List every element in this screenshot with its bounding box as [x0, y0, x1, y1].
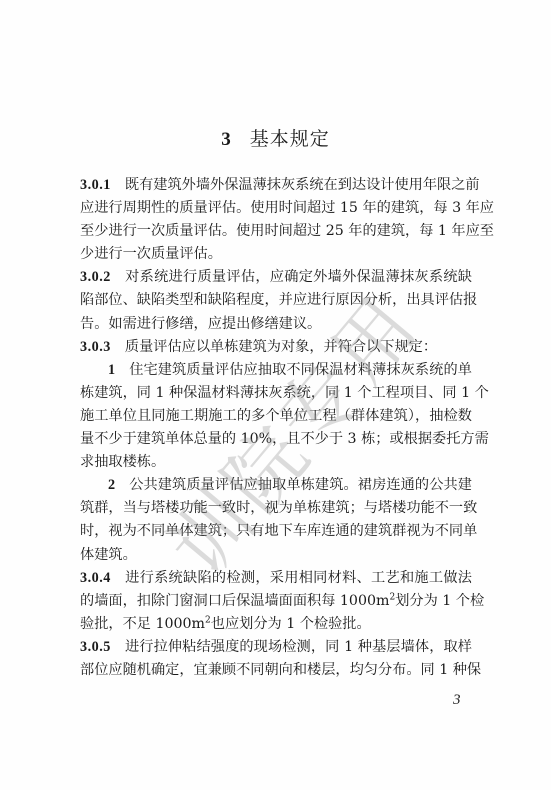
chapter-number: 3: [221, 129, 232, 150]
item-1-line-3: 施工单位且同施工期施工的多个单位工程（群体建筑），抽检数: [80, 405, 472, 428]
item-1-line-2: 栋建筑，同 1 种保温材料薄抹灰系统，同 1 个工程项目、同 1 个: [80, 382, 472, 405]
clause-3-0-2-line-3: 告。如需进行修缮，应提出修缮建议。: [80, 313, 472, 336]
clause-number: 3.0.5: [80, 639, 111, 655]
clause-3-0-5-line-2: 部位应随机确定，宜兼顾不同朝向和楼层，均匀分布。同 1 种保: [80, 659, 472, 682]
clause-3-0-1-line-3: 至少进行一次质量评估。使用时间超过 25 年的建筑，每 1 年应至: [80, 220, 472, 243]
clause-3-0-3-line-1: 3.0.3质量评估应以单栋建筑为对象，并符合以下规定：: [80, 336, 472, 359]
chapter-title-text: 基本规定: [250, 128, 330, 150]
clause-3-0-4-line-3: 验批，不足 1000m2也应划分为 1 个检验批。: [80, 613, 472, 636]
clause-number: 3.0.3: [80, 339, 111, 355]
item-2-line-4: 体建筑。: [80, 544, 472, 567]
item-number: 1: [108, 362, 115, 378]
clause-3-0-2-line-2: 陷部位、缺陷类型和缺陷程度，并应进行原因分析，出具评估报: [80, 289, 472, 312]
item-number: 2: [108, 477, 115, 493]
chapter-title: 3基本规定: [0, 124, 551, 151]
clause-number: 3.0.2: [80, 269, 111, 285]
clause-3-0-1-line-1: 3.0.1既有建筑外墙外保温薄抹灰系统在到达设计使用年限之前: [80, 174, 472, 197]
clause-number: 3.0.4: [80, 570, 111, 586]
item-2-line-3: 时，视为不同单体建筑；只有地下车库连通的建筑群视为不同单: [80, 520, 472, 543]
clause-3-0-1-line-4: 少进行一次质量评估。: [80, 243, 472, 266]
document-page: 3基本规定 3.0.1既有建筑外墙外保温薄抹灰系统在到达设计使用年限之前 应进行…: [0, 0, 551, 790]
item-1-line-1: 1住宅建筑质量评估应抽取不同保温材料薄抹灰系统的单: [80, 359, 472, 382]
item-2-line-2: 筑群，当与塔楼功能一致时，视为单栋建筑；与塔楼功能不一致: [80, 497, 472, 520]
document-body: 3.0.1既有建筑外墙外保温薄抹灰系统在到达设计使用年限之前 应进行周期性的质量…: [80, 174, 472, 682]
clause-3-0-4-line-1: 3.0.4进行系统缺陷的检测，采用相同材料、工艺和施工做法: [80, 567, 472, 590]
item-2-line-1: 2公共建筑质量评估应抽取单栋建筑。裙房连通的公共建: [80, 474, 472, 497]
clause-number: 3.0.1: [80, 177, 111, 193]
clause-3-0-2-line-1: 3.0.2对系统进行质量评估，应确定外墙外保温薄抹灰系统缺: [80, 266, 472, 289]
clause-3-0-4-line-2: 的墙面，扣除门窗洞口后保温墙面面积每 1000m2划分为 1 个检: [80, 590, 472, 613]
clause-3-0-5-line-1: 3.0.5进行拉伸粘结强度的现场检测，同 1 种基层墙体，取样: [80, 636, 472, 659]
page-number: 3: [453, 692, 461, 709]
item-1-line-5: 求抽取楼栋。: [80, 451, 472, 474]
clause-3-0-1-line-2: 应进行周期性的质量评估。使用时间超过 15 年的建筑，每 3 年应: [80, 197, 472, 220]
item-1-line-4: 量不少于建筑单体总量的 10%，且不少于 3 栋；或根据委托方需: [80, 428, 472, 451]
